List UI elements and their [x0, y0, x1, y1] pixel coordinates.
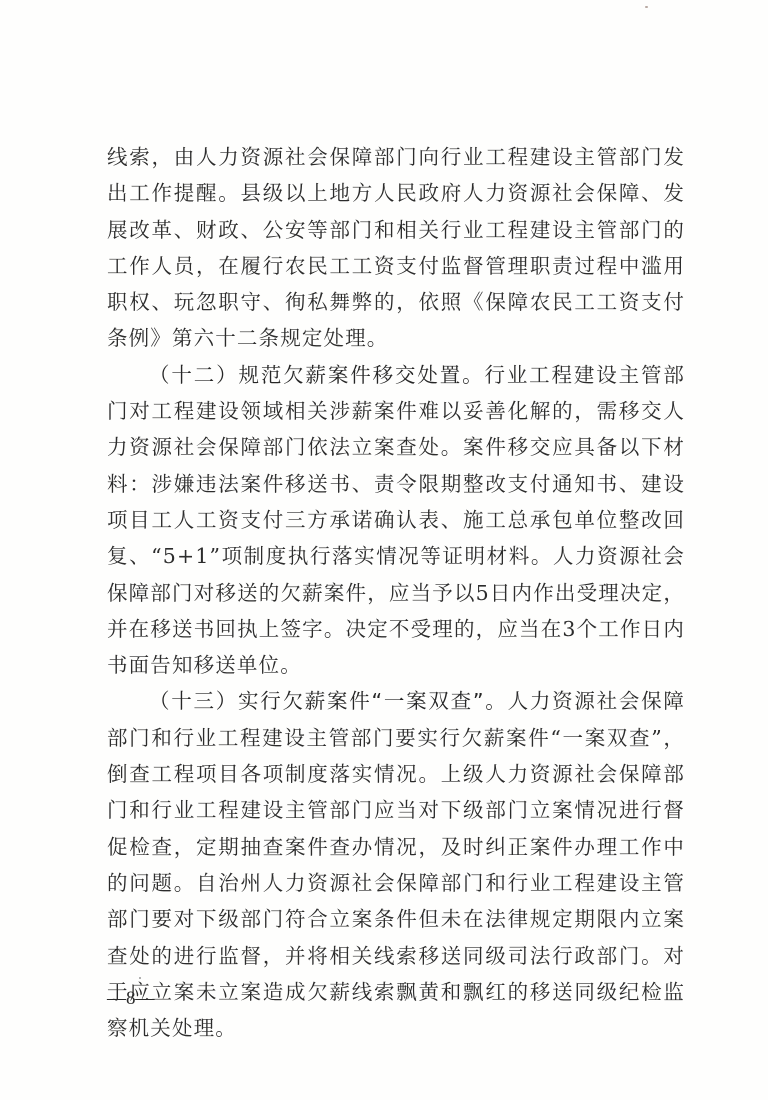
paragraph-section-12: （十二）规范欠薪案件移交处置。行业工程建设主管部门对工程建设领域相关涉薪案件难以… [107, 357, 685, 684]
section-heading-12: （十二）规范欠薪案件移交处置。 [149, 363, 484, 387]
scan-artifact [139, 977, 141, 979]
page-number: —8— [107, 988, 155, 1010]
paragraph-text: 线索，由人力资源社会保障部门向行业工程建设主管部门发出工作提醒。县级以上地方人民… [107, 145, 685, 350]
document-page: 线索，由人力资源社会保障部门向行业工程建设主管部门发出工作提醒。县级以上地方人民… [0, 0, 768, 1100]
document-body: 线索，由人力资源社会保障部门向行业工程建设主管部门发出工作提醒。县级以上地方人民… [107, 139, 685, 1046]
paragraph-section-13: （十三）实行欠薪案件“一案双查”。人力资源社会保障部门和行业工程建设主管部门要实… [107, 683, 685, 1046]
section-heading-13: （十三）实行欠薪案件“一案双查”。 [149, 689, 508, 713]
scan-artifact [645, 6, 648, 8]
paragraph-text: 人力资源社会保障部门和行业工程建设主管部门要实行欠薪案件“一案双查”，倒查工程项… [107, 689, 685, 1040]
paragraph-text: 行业工程建设主管部门对工程建设领域相关涉薪案件难以妥善化解的，需移交人力资源社会… [107, 363, 685, 677]
paragraph-continuation: 线索，由人力资源社会保障部门向行业工程建设主管部门发出工作提醒。县级以上地方人民… [107, 139, 685, 357]
